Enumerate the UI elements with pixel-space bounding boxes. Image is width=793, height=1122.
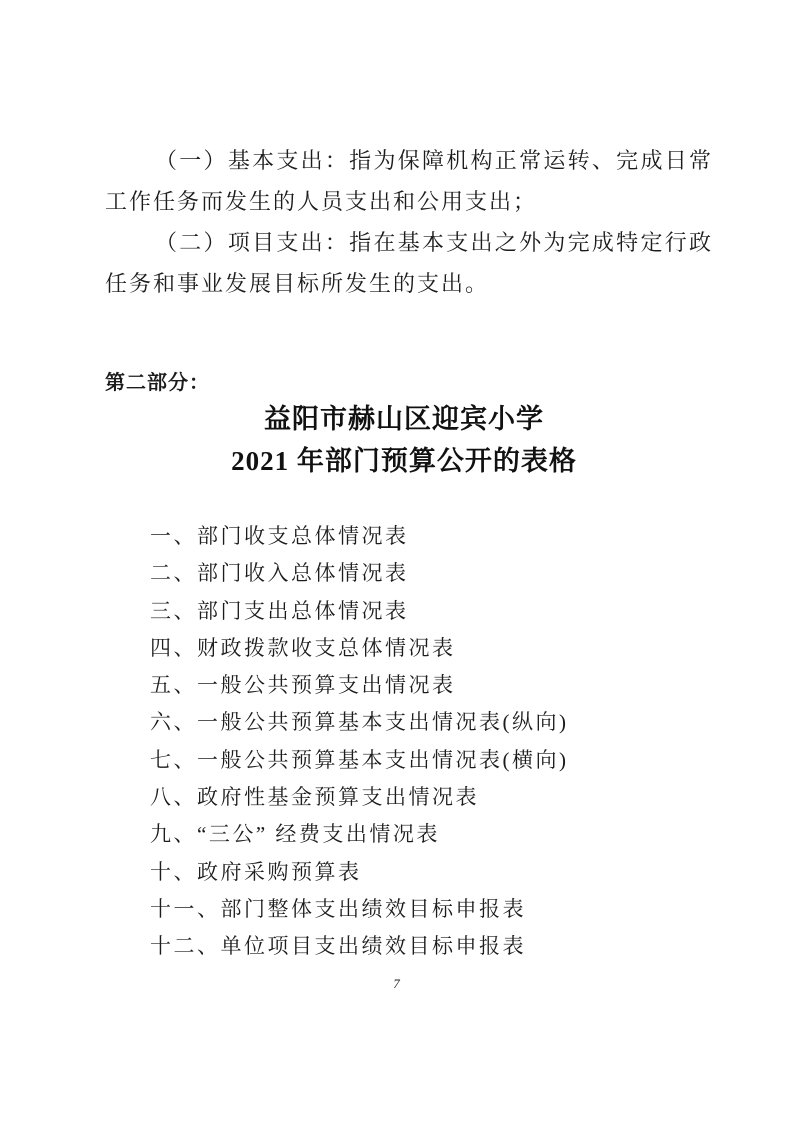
page-number: 7 [0, 976, 793, 992]
budget-tables-list: 一、部门收支总体情况表 二、部门收入总体情况表 三、部门支出总体情况表 四、财政… [150, 518, 710, 966]
definitions-section: （一）基本支出：指为保障机构正常运转、完成日常工作任务而发生的人员支出和公用支出… [105, 140, 713, 304]
list-item-3: 三、部门支出总体情况表 [150, 593, 710, 630]
list-item-9: 九、“三公” 经费支出情况表 [150, 816, 710, 853]
list-item-7: 七、一般公共预算基本支出情况表(横向) [150, 742, 710, 779]
list-item-6: 六、一般公共预算基本支出情况表(纵向) [150, 704, 710, 741]
paragraph-basic-expenditure: （一）基本支出：指为保障机构正常运转、完成日常工作任务而发生的人员支出和公用支出… [105, 140, 713, 222]
document-title: 益阳市赫山区迎宾小学 2021 年部门预算公开的表格 [94, 398, 714, 482]
document-title-line1: 益阳市赫山区迎宾小学 [94, 398, 714, 440]
list-item-4: 四、财政拨款收支总体情况表 [150, 630, 710, 667]
list-item-5: 五、一般公共预算支出情况表 [150, 667, 710, 704]
list-item-10: 十、政府采购预算表 [150, 854, 710, 891]
document-title-line2: 2021 年部门预算公开的表格 [94, 440, 714, 482]
section-two-label: 第二部分： [105, 366, 210, 395]
list-item-8: 八、政府性基金预算支出情况表 [150, 779, 710, 816]
list-item-12: 十二、单位项目支出绩效目标申报表 [150, 928, 710, 965]
document-page: （一）基本支出：指为保障机构正常运转、完成日常工作任务而发生的人员支出和公用支出… [0, 0, 793, 1122]
paragraph-project-expenditure: （二）项目支出：指在基本支出之外为完成特定行政任务和事业发展目标所发生的支出。 [105, 222, 713, 304]
list-item-2: 二、部门收入总体情况表 [150, 555, 710, 592]
list-item-1: 一、部门收支总体情况表 [150, 518, 710, 555]
list-item-11: 十一、部门整体支出绩效目标申报表 [150, 891, 710, 928]
